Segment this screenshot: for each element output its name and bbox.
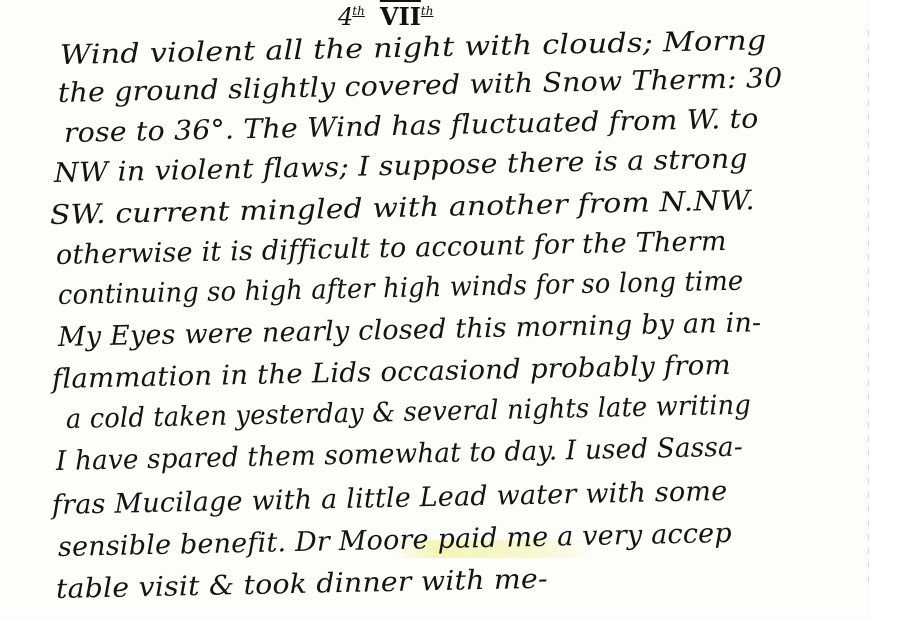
- text-line-6: otherwise it is difficult to account for…: [56, 226, 727, 271]
- text-line-2: the ground slightly covered with Snow Th…: [58, 63, 783, 109]
- text-line-13: sensible benefit. Dr Moore paid me a ver…: [58, 518, 732, 563]
- heading-day: 4: [338, 3, 352, 31]
- page-edge-divider: [868, 30, 869, 590]
- right-margin: [870, 0, 910, 621]
- text-line-9: flammation in the Lids occasiond probabl…: [52, 350, 731, 395]
- text-line-12: fras Mucilage with a little Lead water w…: [52, 476, 728, 521]
- text-line-10: a cold taken yesterday & several nights …: [66, 390, 752, 435]
- manuscript-page: 4th VIIth Wind violent all the night wit…: [0, 0, 870, 621]
- text-line-14: table visit & took dinner with me-: [56, 564, 548, 605]
- text-line-4: NW in violent flaws; I suppose there is …: [54, 143, 748, 189]
- text-line-3: rose to 36°. The Wind has fluctuated fro…: [64, 103, 759, 149]
- text-line-7: continuing so high after high winds for …: [58, 266, 744, 311]
- entry-date-heading: 4th VIIth: [338, 2, 433, 31]
- heading-day-suffix: th: [352, 4, 365, 18]
- text-line-8: My Eyes were nearly closed this morning …: [58, 307, 762, 353]
- text-line-5: SW. current mingled with another from N.…: [50, 185, 755, 231]
- heading-month: VII: [380, 2, 421, 31]
- text-line-11: I have spared them somewhat to day. I us…: [56, 432, 743, 477]
- text-line-1: Wind violent all the night with clouds; …: [60, 25, 767, 71]
- heading-month-suffix: th: [421, 4, 434, 18]
